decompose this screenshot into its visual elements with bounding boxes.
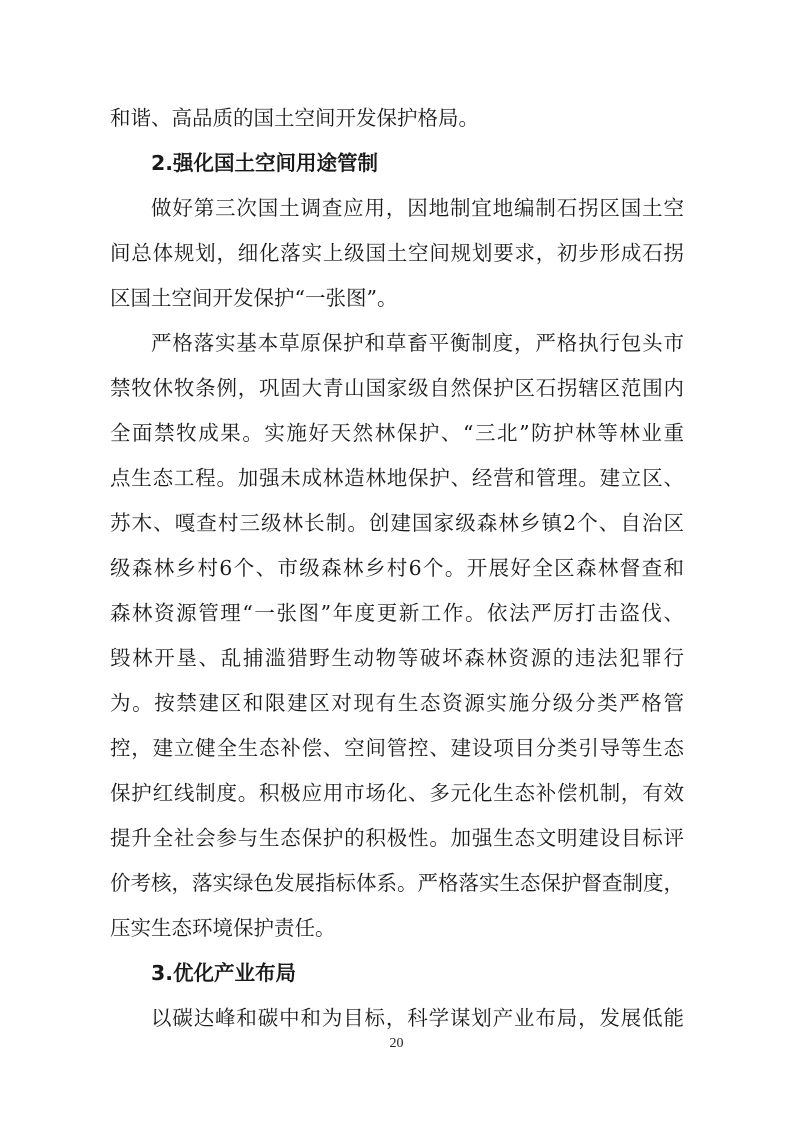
paragraph-line: 毁林开垦、乱捕滥猎野生动物等破坏森林资源的违法犯罪行	[110, 643, 684, 673]
paragraph-line: 全面禁牧成果。实施好天然林保护、“三北”防护林等林业重	[110, 418, 684, 448]
paragraph-line: 做好第三次国土调查应用，因地制宜地编制石拐区国土空	[151, 193, 684, 223]
paragraph-line: 保护红线制度。积极应用市场化、多元化生态补偿机制，有效	[110, 778, 684, 808]
paragraph-line: 点生态工程。加强未成林造林地保护、经营和管理。建立区、	[110, 463, 684, 493]
section-heading-3: 3.优化产业布局	[151, 958, 684, 988]
paragraph-line: 级森林乡村6个、市级森林乡村6个。开展好全区森林督查和	[110, 553, 684, 583]
paragraph-line: 苏木、嘎查村三级林长制。创建国家级森林乡镇2个、自治区	[110, 508, 684, 538]
paragraph-line: 严格落实基本草原保护和草畜平衡制度，严格执行包头市	[151, 328, 684, 358]
paragraph-line: 以碳达峰和碳中和为目标，科学谋划产业布局，发展低能	[151, 1003, 684, 1033]
paragraph-line: 控，建立健全生态补偿、空间管控、建设项目分类引导等生态	[110, 733, 684, 763]
paragraph-line: 为。按禁建区和限建区对现有生态资源实施分级分类严格管	[110, 688, 684, 718]
paragraph-line: 间总体规划，细化落实上级国土空间规划要求，初步形成石拐	[110, 238, 684, 268]
page-number: 20	[0, 1036, 793, 1052]
section-heading-2: 2.强化国土空间用途管制	[151, 148, 684, 178]
paragraph-line: 和谐、高品质的国土空间开发保护格局。	[110, 103, 684, 133]
paragraph-line: 价考核，落实绿色发展指标体系。严格落实生态保护督查制度，	[110, 868, 684, 898]
paragraph-line: 禁牧休牧条例，巩固大青山国家级自然保护区石拐辖区范围内	[110, 373, 684, 403]
paragraph-line: 压实生态环境保护责任。	[110, 913, 684, 943]
paragraph-line: 提升全社会参与生态保护的积极性。加强生态文明建设目标评	[110, 823, 684, 853]
paragraph-line: 森林资源管理“一张图”年度更新工作。依法严厉打击盗伐、	[110, 598, 684, 628]
paragraph-line: 区国土空间开发保护“一张图”。	[110, 283, 684, 313]
document-page: 和谐、高品质的国土空间开发保护格局。 2.强化国土空间用途管制 做好第三次国土调…	[0, 0, 793, 1122]
